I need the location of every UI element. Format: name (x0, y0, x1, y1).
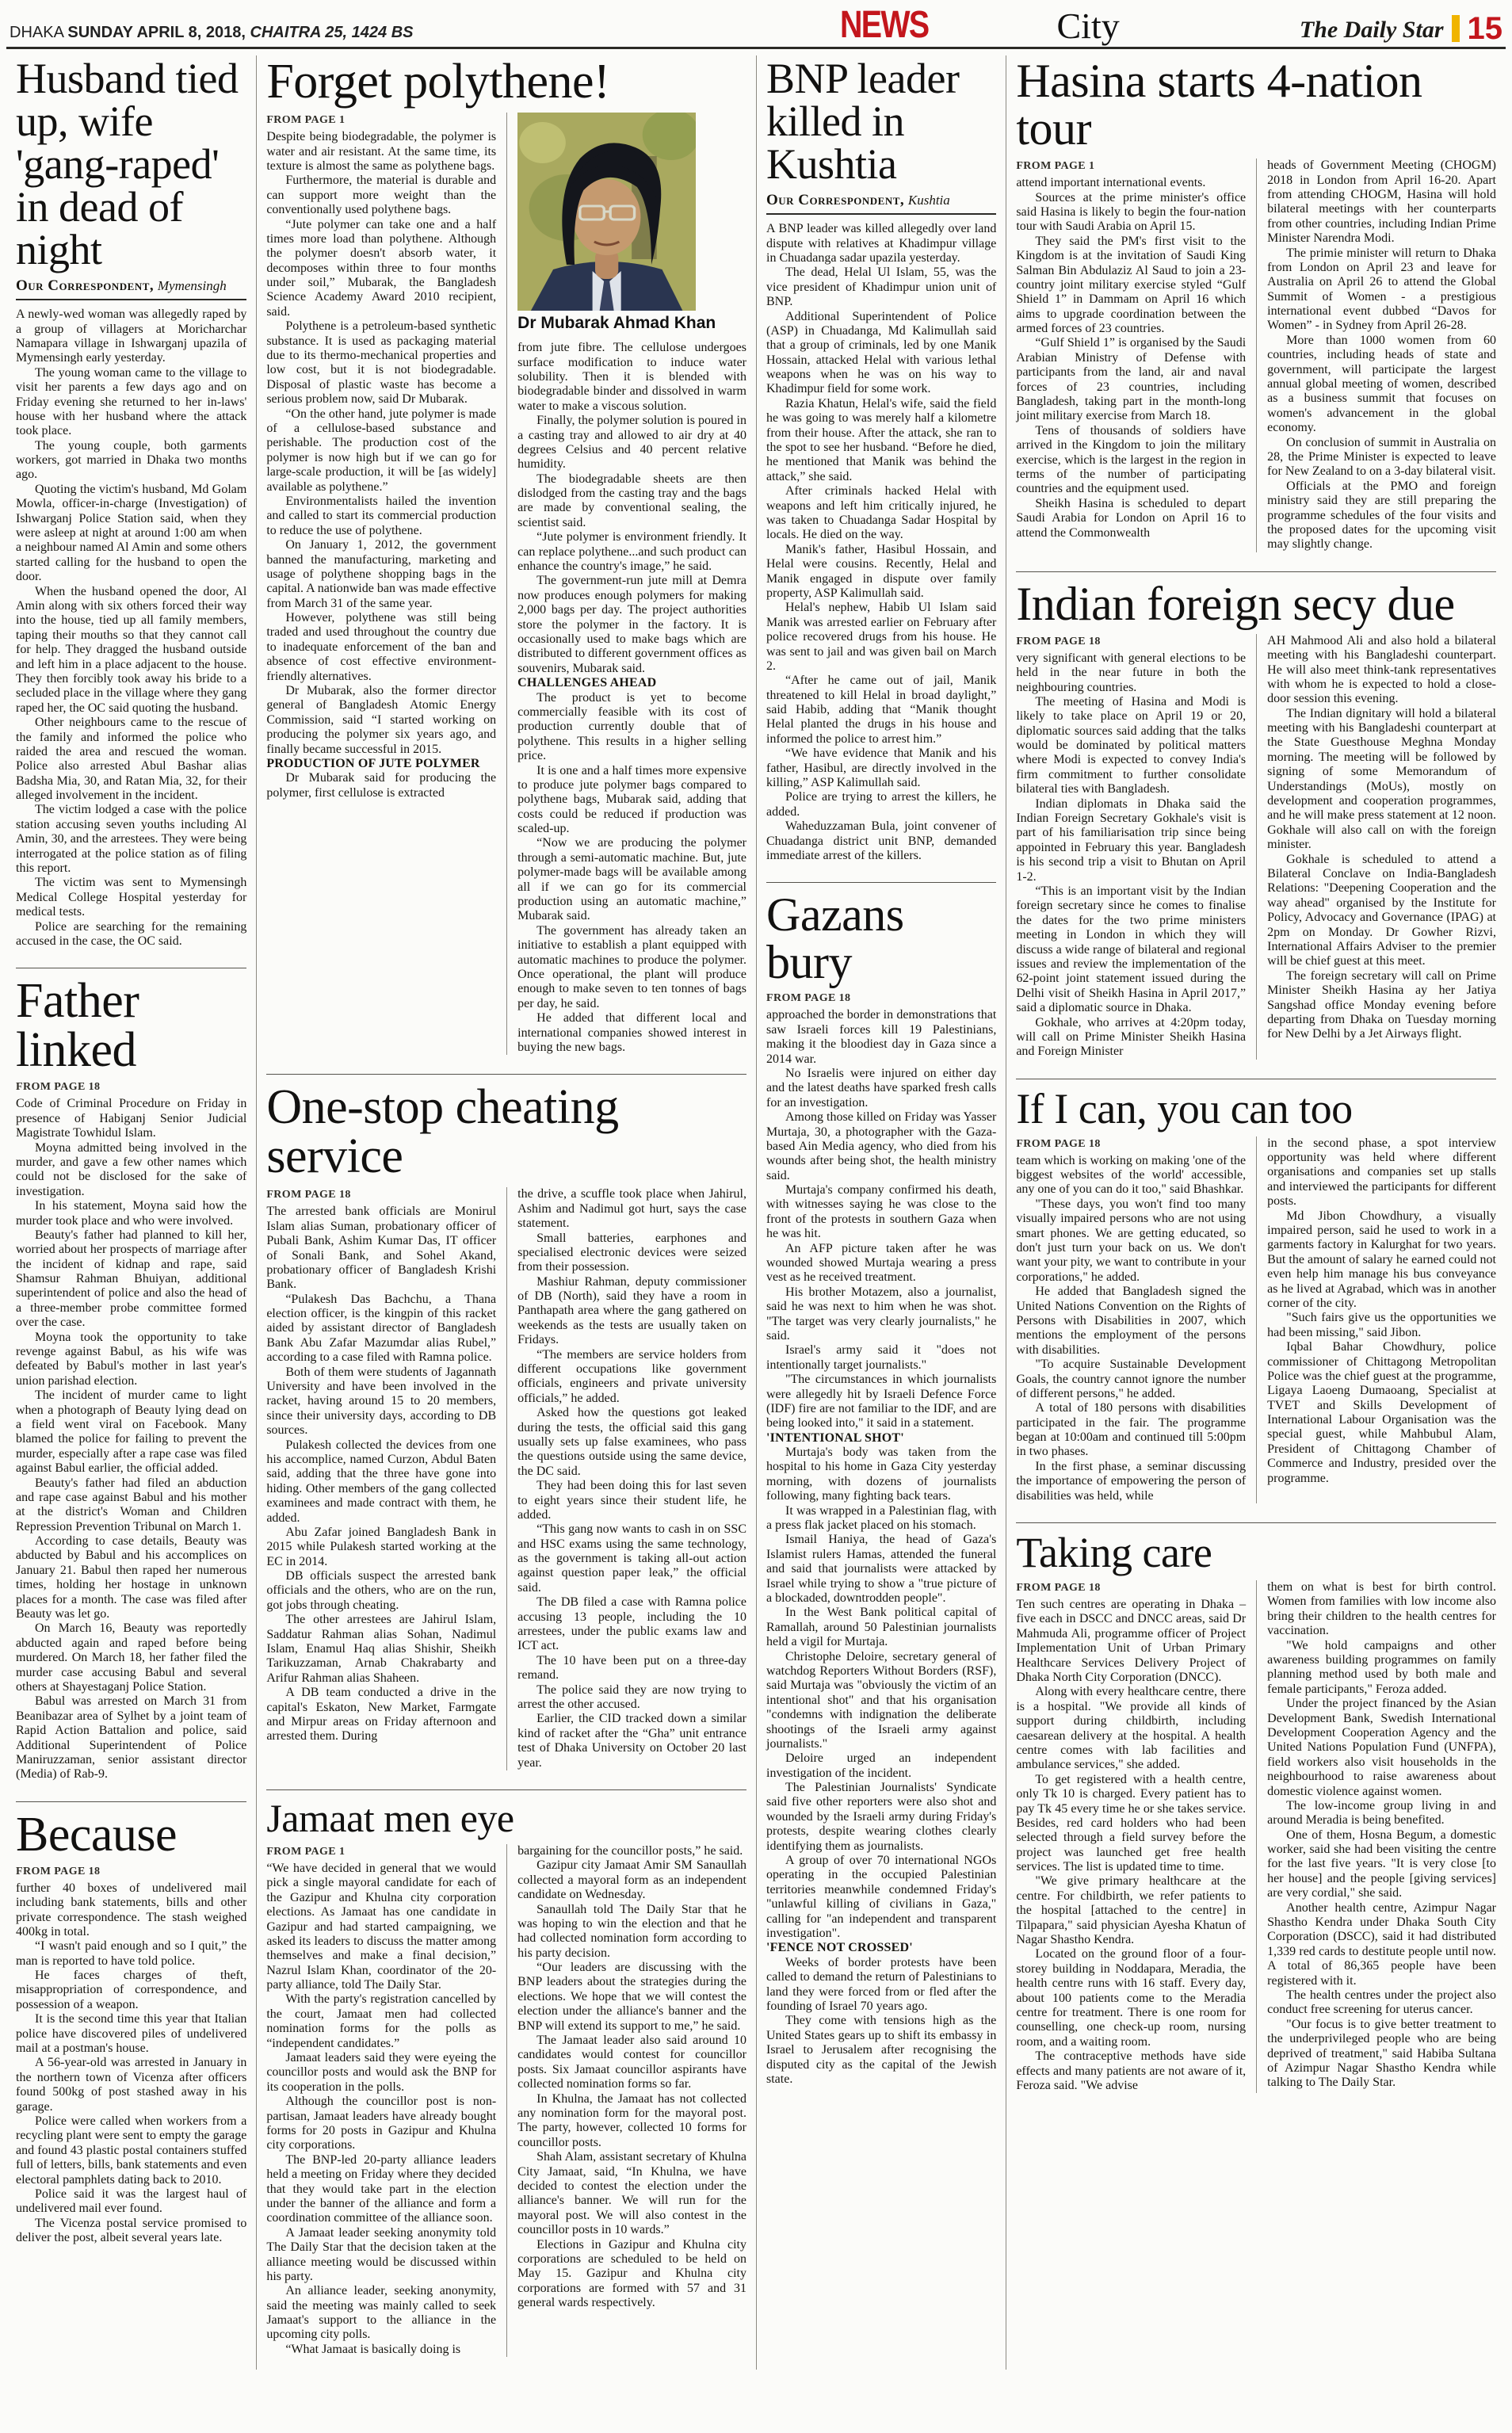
headline: Husband tied up, wife 'gang-raped' in de… (16, 57, 246, 271)
paragraph: The victim lodged a case with the police… (16, 803, 246, 876)
paragraph: Police said it was the largest haul of u… (16, 2187, 246, 2217)
paragraph: In Khulna, the Jamaat has not collected … (517, 2092, 746, 2151)
paragraph: “We have decided in general that we woul… (266, 1862, 496, 1993)
paragraph: Manik's father, Hasibul Hossain, and Hel… (766, 543, 996, 602)
paragraph: approached the border in demonstrations … (766, 1008, 996, 1067)
paragraph: “Now we are producing the polymer throug… (517, 836, 746, 923)
headline: Indian foreign secy due (1016, 580, 1496, 628)
paragraph: Small batteries, earphones and specialis… (517, 1232, 746, 1275)
paragraph: Razia Khatun, Helal's wife, said the fie… (766, 397, 996, 484)
paragraph: heads of Government Meeting (CHOGM) 2018… (1267, 159, 1496, 246)
paragraph: A newly-wed woman was allegedly raped by… (16, 307, 246, 366)
paragraph: "Such fairs give us the opportunities we… (1267, 1311, 1496, 1340)
paragraph: “Pulakesh Das Bachchu, a Thana election … (266, 1293, 496, 1365)
paragraph: The low-income group living in and aroun… (1267, 1799, 1496, 1828)
paragraph: They come with tensions high as the Unit… (766, 2014, 996, 2087)
from-page-label: FROM PAGE 1 (266, 114, 496, 127)
from-page-label: FROM PAGE 18 (16, 1081, 246, 1094)
paragraph: Ismail Haniya, the head of Gaza's Islami… (766, 1533, 996, 1606)
two-column-body: FROM PAGE 1 Despite being biodegradable,… (266, 113, 746, 1055)
paragraph: One of them, Hosna Begum, a domestic wor… (1267, 1828, 1496, 1901)
paragraph: Among those killed on Friday was Yasser … (766, 1110, 996, 1183)
paragraph: AH Mahmood Ali and also hold a bilateral… (1267, 634, 1496, 707)
headline: Because (16, 1810, 246, 1859)
newspaper-page: DHAKA SUNDAY APRIL 8, 2018, CHAITRA 25, … (0, 0, 1512, 2433)
daily-star-logo: The Daily Star (1300, 18, 1444, 42)
columns-2-3: Forget polythene! FROM PAGE 1 Despite be… (256, 55, 756, 2370)
paragraph: Code of Criminal Procedure on Friday in … (16, 1097, 246, 1140)
paragraph: Gazipur city Jamaat Amir SM Sanaullah co… (517, 1858, 746, 1902)
article-body-col1: attend important international events.So… (1016, 176, 1246, 540)
article-forget-polythene: Forget polythene! FROM PAGE 1 Despite be… (266, 55, 746, 1068)
from-page-label: FROM PAGE 1 (266, 1846, 496, 1858)
paragraph: Earlier, the CID tracked down a similar … (517, 1712, 746, 1770)
paragraph: “Jute polymer can take one and a half ti… (266, 218, 496, 320)
paragraph: According to case details, Beauty was ab… (16, 1534, 246, 1621)
paragraph: bargaining for the councillor posts,” he… (517, 1844, 746, 1858)
paragraph: The BNP-led 20-party alliance leaders he… (266, 2153, 496, 2226)
article-body-col2: AH Mahmood Ali and also hold a bilateral… (1267, 634, 1496, 1042)
two-column-body: FROM PAGE 18 Ten such centres are operat… (1016, 1580, 1496, 2093)
paragraph: Elections in Gazipur and Khulna city cor… (517, 2238, 746, 2311)
paragraph: Gokhale is scheduled to attend a Bilater… (1267, 853, 1496, 969)
paragraph: Other neighbours came to the rescue of t… (16, 716, 246, 803)
byline-rule (16, 299, 246, 300)
paragraph: "These days, you won't find too many vis… (1016, 1197, 1246, 1285)
column-4: BNP leader killed in Kushtia Our Corresp… (756, 55, 1006, 2370)
paragraph: When the husband opened the door, Al Ami… (16, 585, 246, 716)
paragraph: “What Jamaat is basically doing is (266, 2343, 496, 2357)
paragraph: On January 1, 2012, the government banne… (266, 538, 496, 611)
paragraph: Israel's army said it "does not intentio… (766, 1343, 996, 1373)
paragraph: Along with every healthcare centre, ther… (1016, 1685, 1246, 1772)
inline-subhead: 'INTENTIONAL SHOT' (766, 1431, 996, 1446)
paragraph: “Jute polymer is environment friendly. I… (517, 530, 746, 574)
article-body-col1: “We have decided in general that we woul… (266, 1862, 496, 2357)
article-body: further 40 boxes of undelivered mail inc… (16, 1881, 246, 2246)
column-1: Husband tied up, wife 'gang-raped' in de… (6, 55, 256, 2370)
paragraph: The meeting of Hasina and Modi is likely… (1016, 695, 1246, 797)
paragraph: Dr Mubarak said for producing the polyme… (266, 771, 496, 800)
paragraph: The young couple, both garments workers,… (16, 439, 246, 483)
paragraph: He faces charges of theft, misappropriat… (16, 1969, 246, 2012)
paragraph: A BNP leader was killed allegedly over l… (766, 222, 996, 265)
paragraph: Polythene is a petroleum-based synthetic… (266, 319, 496, 407)
article-because: Because FROM PAGE 18 further 40 boxes of… (16, 1801, 246, 2259)
paragraph: Moyna admitted being involved in the mur… (16, 1141, 246, 1200)
paragraph: Under the project financed by the Asian … (1267, 1697, 1496, 1799)
article-body-col2: bargaining for the councillor posts,” he… (517, 1844, 746, 2311)
headline: Forget polythene! (266, 57, 746, 106)
article-husband-tied-up: Husband tied up, wife 'gang-raped' in de… (16, 55, 246, 961)
paragraph: After criminals hacked Helal with weapon… (766, 484, 996, 543)
paragraph: The Indian dignitary will hold a bilater… (1267, 707, 1496, 853)
from-page-label: FROM PAGE 18 (766, 992, 996, 1005)
paragraph: Waheduzzaman Bula, joint convener of Chu… (766, 819, 996, 863)
paragraph: The contraceptive methods have side effe… (1016, 2049, 1246, 2093)
article-body: A newly-wed woman was allegedly raped by… (16, 307, 246, 949)
article-taking-care: Taking care FROM PAGE 18 Ten such centre… (1016, 1522, 1496, 2106)
paragraph: Located on the ground floor of a four-st… (1016, 1947, 1246, 2049)
paragraph: Beauty's father had planned to kill her,… (16, 1228, 246, 1331)
article-body-col1: Ten such centres are operating in Dhaka … (1016, 1598, 1246, 2093)
paragraph: the drive, a scuffle took place when Jah… (517, 1187, 746, 1231)
article-body-col2: from jute fibre. The cellulose undergoes… (517, 341, 746, 1055)
paragraph: The health centres under the project als… (1267, 1988, 1496, 2018)
paragraph: It was wrapped in a Palestinian flag, wi… (766, 1504, 996, 1534)
paragraph: attend important international events. (1016, 176, 1246, 190)
paragraph: “After he came out of jail, Manik threat… (766, 674, 996, 747)
paragraph: A Jamaat leader seeking anonymity told T… (266, 2226, 496, 2285)
paragraph: "The circumstances in which journalists … (766, 1373, 996, 1431)
paragraph: Police were called when workers from a r… (16, 2114, 246, 2187)
article-body-col1: The arrested bank officials are Monirul … (266, 1205, 496, 1744)
from-page-label: FROM PAGE 1 (1016, 160, 1246, 173)
article-hasina-tour: Hasina starts 4-nation tour FROM PAGE 1 … (1016, 55, 1496, 565)
paragraph: No Israelis were injured on either day a… (766, 1067, 996, 1110)
paragraph: them on what is best for birth control. … (1267, 1580, 1496, 1639)
paragraph: “This is an important visit by the India… (1016, 884, 1246, 1016)
article-body: A BNP leader was killed allegedly over l… (766, 222, 996, 863)
paragraph: Tens of thousands of soldiers have arriv… (1016, 424, 1246, 497)
dateline-date: SUNDAY APRIL 8, 2018, (67, 24, 246, 41)
paragraph: The arrested bank officials are Monirul … (266, 1205, 496, 1292)
paragraph: “We have evidence that Manik and his fat… (766, 747, 996, 790)
paragraph: On conclusion of summit in Australia on … (1267, 436, 1496, 479)
article-body: approached the border in demonstrations … (766, 1008, 996, 2087)
paragraph: Dr Mubarak, also the former director gen… (266, 684, 496, 757)
paragraph: The victim was sent to Mymensingh Medica… (16, 876, 246, 919)
paragraph: Indian diplomats in Dhaka said the India… (1016, 797, 1246, 884)
paragraph: Additional Superintendent of Police (ASP… (766, 310, 996, 397)
headline: Gazans bury (766, 891, 996, 986)
from-page-label: FROM PAGE 18 (16, 1866, 246, 1878)
paragraph: Police are trying to arrest the killers,… (766, 790, 996, 819)
headline: BNP leader killed in Kushtia (766, 57, 996, 185)
section-news-logo: NEWS (840, 8, 929, 42)
paragraph: Police are searching for the remaining a… (16, 920, 246, 949)
paragraph: In the West Bank political capital of Ra… (766, 1606, 996, 1649)
paragraph: Officials at the PMO and foreign ministr… (1267, 479, 1496, 552)
paragraph: Another health centre, Azimpur Nagar Sha… (1267, 1901, 1496, 1988)
paragraph: Murtaja's body was taken from the hospit… (766, 1446, 996, 1504)
paragraph: Sources at the prime minister's office s… (1016, 191, 1246, 235)
paragraph: Ten such centres are operating in Dhaka … (1016, 1598, 1246, 1685)
page-header: DHAKA SUNDAY APRIL 8, 2018, CHAITRA 25, … (6, 5, 1506, 49)
inline-subhead: PRODUCTION OF JUTE POLYMER (266, 757, 496, 771)
paragraph: Sheikh Hasina is scheduled to depart Sau… (1016, 497, 1246, 540)
article-father-linked: Father linked FROM PAGE 18 Code of Crimi… (16, 968, 246, 1794)
paragraph: Abu Zafar joined Bangladesh Bank in 2015… (266, 1526, 496, 1569)
paragraph: In the first phase, a seminar discussing… (1016, 1460, 1246, 1503)
paragraph: In his statement, Moyna said how the mur… (16, 1199, 246, 1228)
paragraph: Shah Alam, assistant secretary of Khulna… (517, 2150, 746, 2237)
paragraph: further 40 boxes of undelivered mail inc… (16, 1881, 246, 1940)
paragraph: Both of them were students of Jagannath … (266, 1365, 496, 1438)
article-body-col2: the drive, a scuffle took place when Jah… (517, 1187, 746, 1770)
dateline-bangla-date: CHAITRA 25, 1424 BS (250, 24, 414, 41)
paragraph: Iqbal Bahar Chowdhury, police commission… (1267, 1340, 1496, 1486)
paragraph: “Our leaders are discussing with the BNP… (517, 1961, 746, 2034)
article-body-col2: them on what is best for birth control. … (1267, 1580, 1496, 2091)
from-page-label: FROM PAGE 18 (1016, 636, 1246, 648)
paragraph: "To acquire Sustainable Development Goal… (1016, 1358, 1246, 1401)
two-column-body: FROM PAGE 18 team which is working on ma… (1016, 1136, 1496, 1503)
paragraph: "Our focus is to give better treatment t… (1267, 2018, 1496, 2091)
paragraph: Quoting the victim's husband, Md Golam M… (16, 483, 246, 585)
paragraph: The foreign secretary will call on Prime… (1267, 969, 1496, 1042)
paragraph: A DB team conducted a drive in the capit… (266, 1686, 496, 1744)
paragraph: It is one and a half times more expensiv… (517, 764, 746, 837)
paragraph: The incident of murder came to light whe… (16, 1388, 246, 1476)
paragraph: Furthermore, the material is durable and… (266, 174, 496, 217)
from-page-label: FROM PAGE 18 (1016, 1138, 1246, 1151)
from-page-label: FROM PAGE 18 (1016, 1582, 1246, 1595)
article-bnp-leader-killed: BNP leader killed in Kushtia Our Corresp… (766, 55, 996, 876)
inline-subhead: CHALLENGES AHEAD (517, 676, 746, 690)
columns-5-6: Hasina starts 4-nation tour FROM PAGE 1 … (1006, 55, 1506, 2370)
paragraph: Beauty's father had filed an abduction a… (16, 1476, 246, 1535)
inline-subhead: 'FENCE NOT CROSSED' (766, 1941, 996, 1955)
paragraph: The Palestinian Journalists' Syndicate s… (766, 1781, 996, 1854)
paragraph: A total of 180 persons with disabilities… (1016, 1401, 1246, 1460)
paragraph: It is the second time this year that Ita… (16, 2012, 246, 2056)
two-column-body: FROM PAGE 18 very significant with gener… (1016, 634, 1496, 1060)
paragraph: The government has already taken an init… (517, 924, 746, 1011)
byline-rule (766, 213, 996, 215)
paragraph: With the party's registration cancelled … (266, 1992, 496, 2051)
section-city-label: City (1057, 10, 1120, 42)
from-page-label: FROM PAGE 18 (266, 1189, 496, 1201)
paragraph: An AFP picture taken after he was wounde… (766, 1242, 996, 1285)
paragraph: in the second phase, a spot interview op… (1267, 1136, 1496, 1209)
paragraph: from jute fibre. The cellulose undergoes… (517, 341, 746, 414)
paragraph: team which is working on making 'one of … (1016, 1154, 1246, 1197)
paragraph: Environmentalists hailed the invention a… (266, 495, 496, 538)
paragraph: The government-run jute mill at Demra no… (517, 574, 746, 676)
paragraph: Sanaullah told The Daily Star that he wa… (517, 1903, 746, 1961)
paragraph: A 56-year-old was arrested in January in… (16, 2056, 246, 2114)
paragraph: To get registered with a health centre, … (1016, 1773, 1246, 1875)
two-column-body: FROM PAGE 18 The arrested bank officials… (266, 1187, 746, 1770)
dateline: DHAKA SUNDAY APRIL 8, 2018, CHAITRA 25, … (10, 24, 414, 42)
paragraph: The Vicenza postal service promised to d… (16, 2217, 246, 2246)
article-body-col1: team which is working on making 'one of … (1016, 1154, 1246, 1503)
two-column-body: FROM PAGE 1 “We have decided in general … (266, 1844, 746, 2357)
article-one-stop-cheating: One-stop cheating service FROM PAGE 18 T… (266, 1074, 746, 1783)
paragraph: The product is yet to become commerciall… (517, 691, 746, 764)
paragraph: “On the other hand, jute polymer is made… (266, 407, 496, 495)
paragraph: His brother Motazem, also a journalist, … (766, 1285, 996, 1344)
paragraph: Md Jibon Chowdhury, a visually impaired … (1267, 1209, 1496, 1312)
dr-mubarak-photo: Dr Mubarak Ahmad Khan (517, 113, 746, 334)
dateline-city: DHAKA (10, 24, 63, 41)
portrait-illustration (517, 113, 696, 311)
headline: Jamaat men eye (266, 1798, 746, 1838)
paragraph: The dead, Helal Ul Islam, 55, was the vi… (766, 265, 996, 309)
paragraph: Pulakesh collected the devices from one … (266, 1438, 496, 1526)
headline: Hasina starts 4-nation tour (1016, 57, 1496, 152)
paragraph: The young woman came to the village to v… (16, 366, 246, 439)
paragraph: Although the councillor post is non-part… (266, 2095, 496, 2153)
photo-caption: Dr Mubarak Ahmad Khan (517, 311, 746, 334)
masthead-group: The Daily Star 15 (1300, 15, 1502, 42)
article-body-col2: heads of Government Meeting (CHOGM) 2018… (1267, 159, 1496, 552)
paragraph: However, polythene was still being trade… (266, 611, 496, 684)
paragraph: Babul was arrested on March 31 from Bean… (16, 1694, 246, 1782)
content-grid: Husband tied up, wife 'gang-raped' in de… (6, 55, 1506, 2370)
headline: Father linked (16, 976, 246, 1075)
article-body-col2: in the second phase, a spot interview op… (1267, 1136, 1496, 1486)
paragraph: Moyna took the opportunity to take reven… (16, 1331, 246, 1389)
paragraph: The primie minister will return to Dhaka… (1267, 246, 1496, 334)
article-body: Code of Criminal Procedure on Friday in … (16, 1097, 246, 1782)
paragraph: “This gang now wants to cash in on SSC a… (517, 1522, 746, 1595)
paragraph: The biodegradable sheets are then dislod… (517, 472, 746, 531)
paragraph: "We hold campaigns and other awareness b… (1267, 1639, 1496, 1698)
article-jamaat-men-eye: Jamaat men eye FROM PAGE 1 “We have deci… (266, 1789, 746, 2370)
article-body-col1: very significant with general elections … (1016, 651, 1246, 1060)
paragraph: “The members are service holders from di… (517, 1348, 746, 1407)
paragraph: The DB filed a case with Ramna police ac… (517, 1595, 746, 1654)
paragraph: Mashiur Rahman, deputy commissioner of D… (517, 1275, 746, 1348)
paragraph: “Gulf Shield 1” is organised by the Saud… (1016, 336, 1246, 423)
paragraph: On March 16, Beauty was reportedly abduc… (16, 1621, 246, 1694)
paragraph: very significant with general elections … (1016, 651, 1246, 695)
paragraph: A group of over 70 international NGOs op… (766, 1854, 996, 1941)
byline: Our Correspondent, Mymensingh (16, 277, 246, 295)
two-column-body: FROM PAGE 1 attend important internation… (1016, 159, 1496, 552)
headline: Taking care (1016, 1531, 1496, 1574)
article-if-i-can: If I can, you can too FROM PAGE 18 team … (1016, 1079, 1496, 1516)
paragraph: DB officials suspect the arrested bank o… (266, 1569, 496, 1613)
paragraph: Deloire urged an independent investigati… (766, 1751, 996, 1781)
paragraph: An alliance leader, seeking anonymity, s… (266, 2284, 496, 2343)
paragraph: Finally, the polymer solution is poured … (517, 414, 746, 472)
paragraph: He added that Bangladesh signed the Unit… (1016, 1285, 1246, 1358)
article-gazans-bury: Gazans bury FROM PAGE 18 approached the … (766, 882, 996, 2099)
paragraph: He added that different local and intern… (517, 1011, 746, 1055)
paragraph: “I wasn't paid enough and so I quit,” th… (16, 1939, 246, 1969)
article-indian-foreign-secy: Indian foreign secy due FROM PAGE 18 ver… (1016, 571, 1496, 1072)
paragraph: The police said they are now trying to a… (517, 1683, 746, 1713)
headline: One-stop cheating service (266, 1083, 746, 1181)
byline: Our Correspondent, Kushtia (766, 192, 996, 209)
page-number: 15 (1468, 15, 1503, 42)
paragraph: Jamaat leaders said they were eyeing the… (266, 2051, 496, 2095)
paragraph: Asked how the questions got leaked durin… (517, 1406, 746, 1479)
paragraph: More than 1000 women from 60 countries, … (1267, 334, 1496, 436)
paragraph: Weeks of border protests have been calle… (766, 1956, 996, 2015)
paragraph: Helal's nephew, Habib Ul Islam said Mani… (766, 601, 996, 674)
paragraph: They said the PM's first visit to the Ki… (1016, 235, 1246, 337)
paragraph: Gokhale, who arrives at 4:20pm today, wi… (1016, 1016, 1246, 1060)
paragraph: Despite being biodegradable, the polymer… (266, 130, 496, 174)
paragraph: The Jamaat leader also said around 10 ca… (517, 2034, 746, 2092)
paragraph: They had been doing this for last seven … (517, 1479, 746, 1522)
article-body-col1: Despite being biodegradable, the polymer… (266, 130, 496, 800)
paragraph: "We give primary healthcare at the centr… (1016, 1874, 1246, 1947)
paragraph: The other arrestees are Jahirul Islam, S… (266, 1613, 496, 1686)
yellow-bar (1452, 15, 1460, 42)
paragraph: Murtaja's company confirmed his death, w… (766, 1183, 996, 1242)
headline: If I can, you can too (1016, 1087, 1496, 1130)
paragraph: The 10 have been put on a three-day rema… (517, 1654, 746, 1683)
paragraph: Christophe Deloire, secretary general of… (766, 1650, 996, 1752)
